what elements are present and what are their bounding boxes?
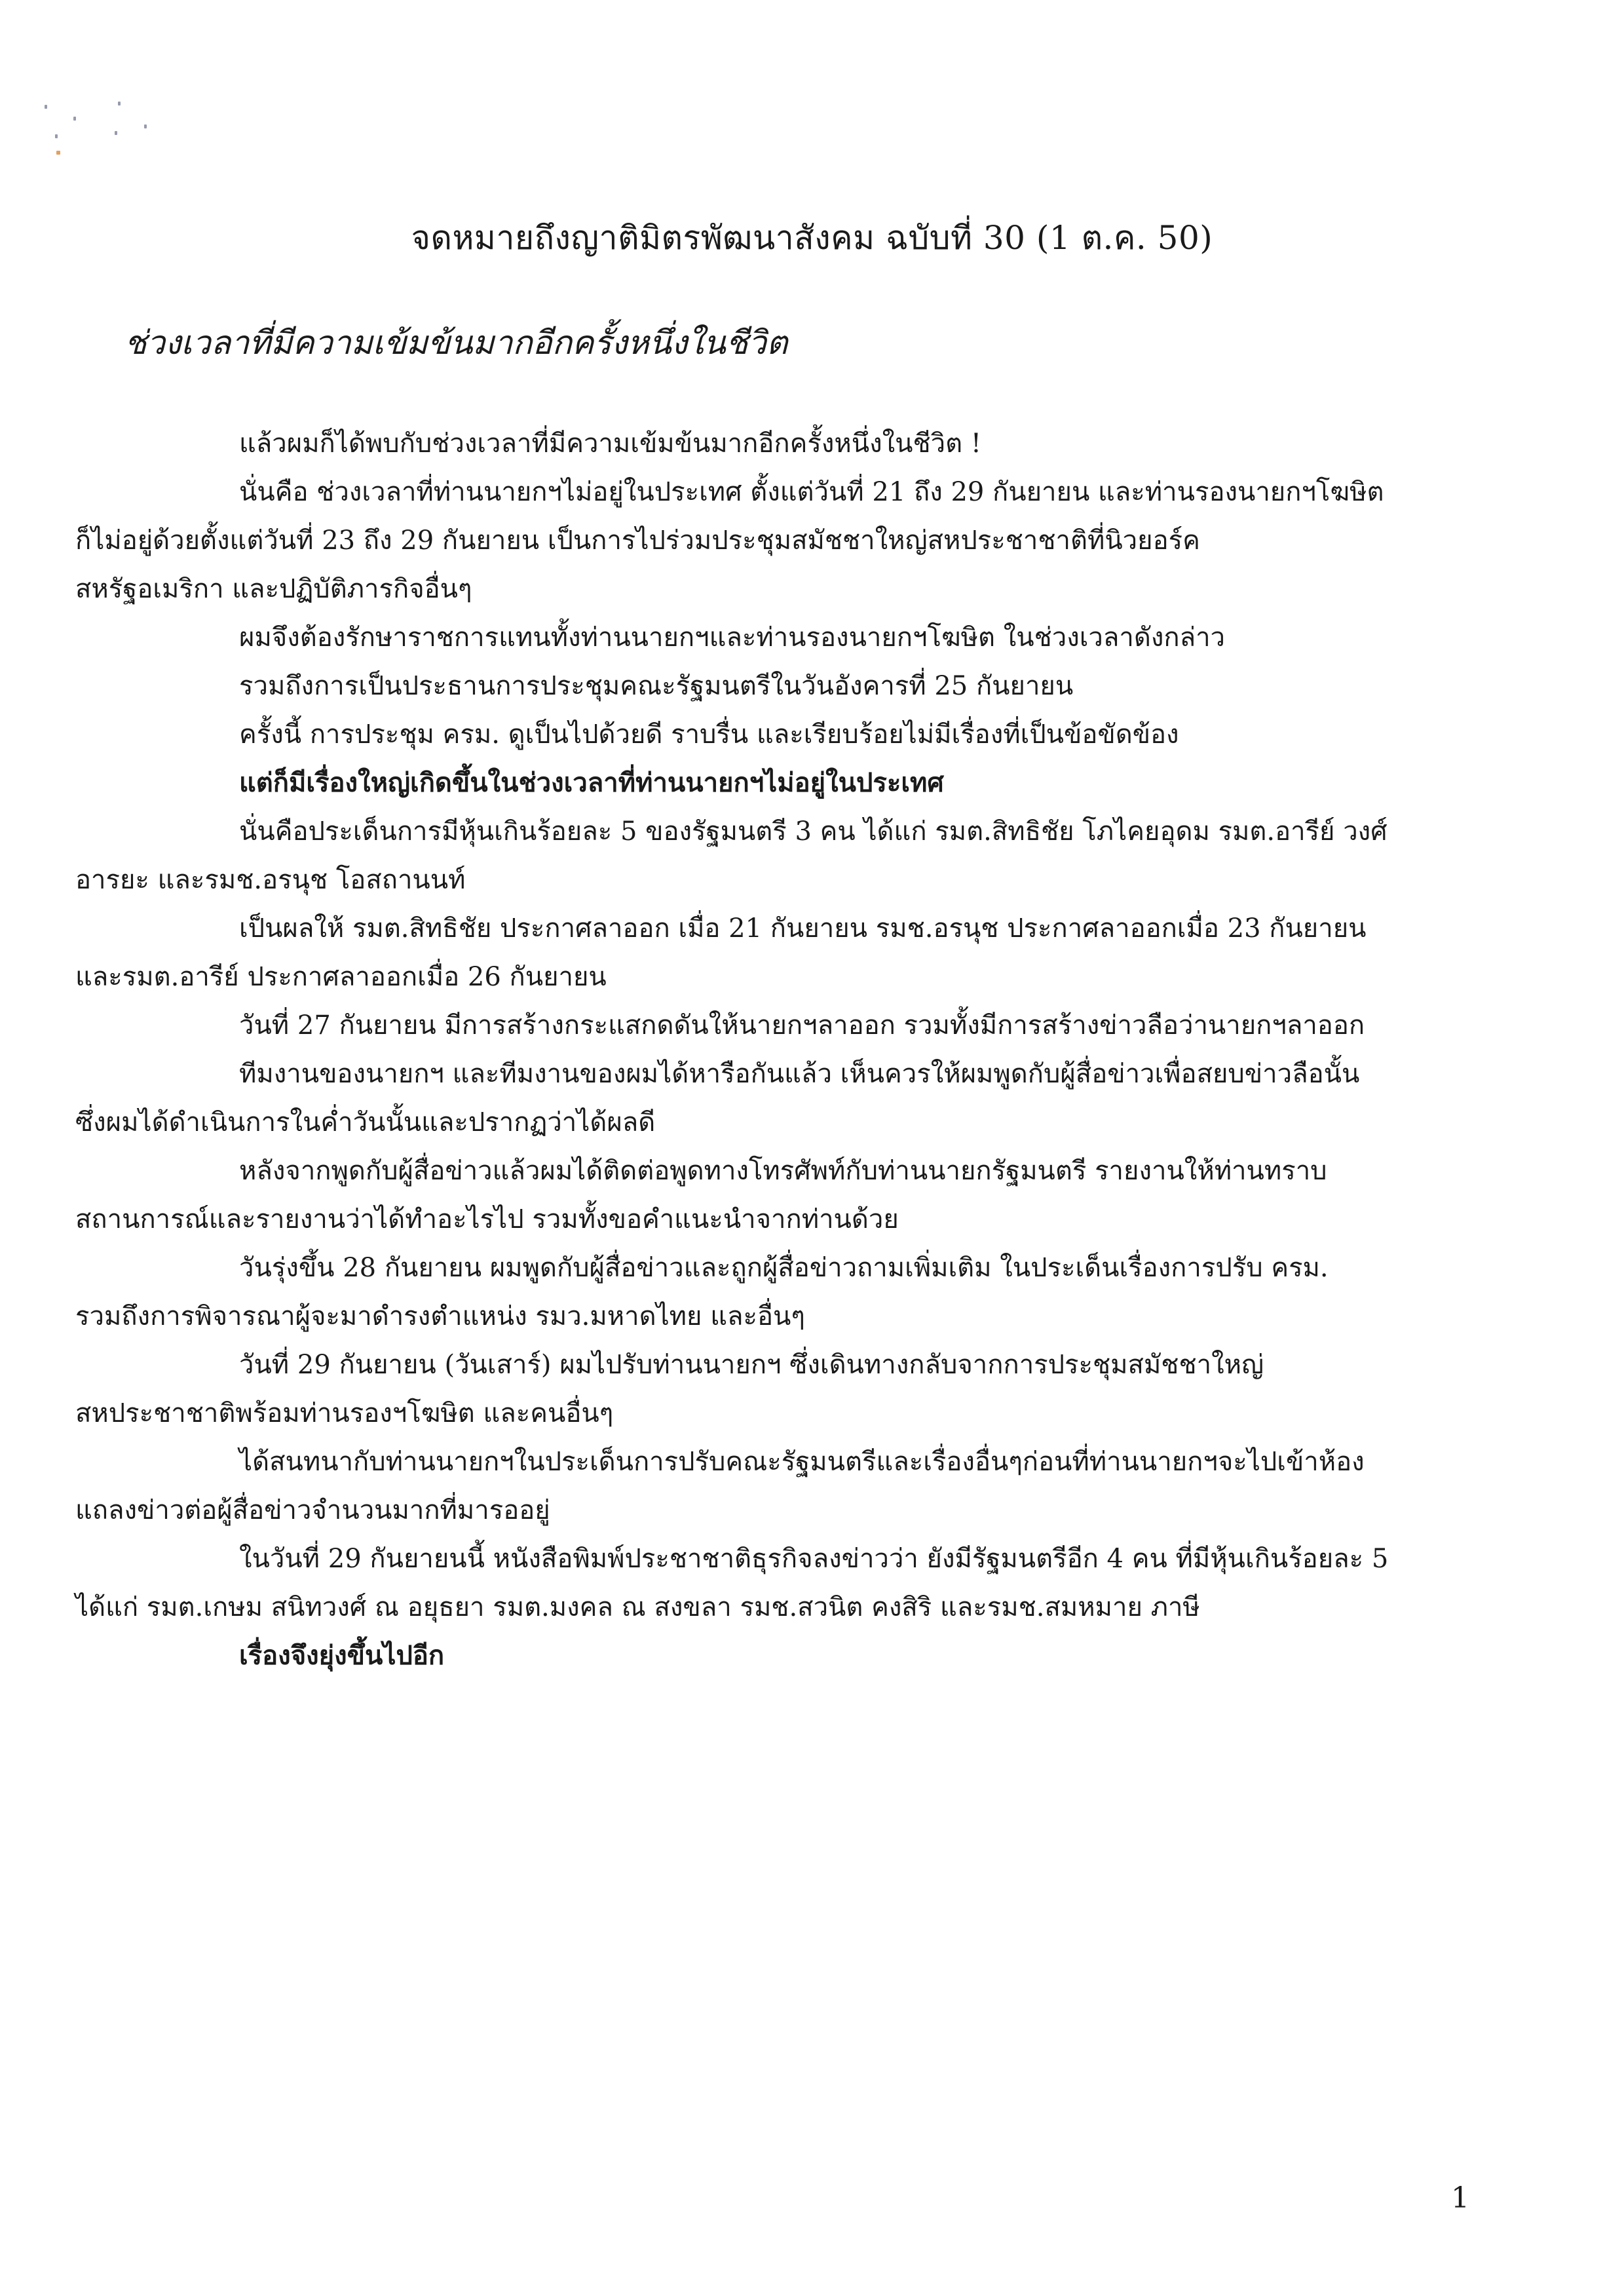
section-heading: ช่วงเวลาที่มีความเข้มข้นมากอีกครั้งหนึ่ง… bbox=[124, 313, 787, 372]
paragraph-line-bold: แต่ก็มีเรื่องใหญ่เกิดขึ้นในช่วงเวลาที่ท่… bbox=[157, 759, 1474, 807]
paragraph-line: แถลงข่าวต่อผู้สื่อข่าวจำนวนมากที่มารออยู… bbox=[75, 1486, 1474, 1535]
paragraph-line: นั่นคือ ช่วงเวลาที่ท่านนายกฯไม่อยู่ในประ… bbox=[157, 468, 1474, 516]
speck bbox=[118, 102, 121, 105]
speck bbox=[45, 105, 47, 109]
paragraph-line: ครั้งนี้ การประชุม ครม. ดูเป็นไปด้วยดี ร… bbox=[157, 710, 1474, 759]
speck bbox=[55, 134, 58, 138]
paragraph-line: นั่นคือประเด็นการมีหุ้นเกินร้อยละ 5 ของร… bbox=[157, 807, 1474, 856]
speck bbox=[144, 124, 147, 128]
speck bbox=[115, 131, 117, 135]
body-text: แล้วผมก็ได้พบกับช่วงเวลาที่มีความเข้มข้น… bbox=[157, 419, 1474, 1680]
paragraph-line: ก็ไม่อยู่ด้วยตั้งแต่วันที่ 23 ถึง 29 กัน… bbox=[75, 516, 1474, 565]
document-title: จดหมายถึงญาติมิตรพัฒนาสังคม ฉบับที่ 30 (… bbox=[0, 208, 1624, 267]
paragraph-line: ทีมงานของนายกฯ และทีมงานของผมได้หารือกัน… bbox=[157, 1050, 1474, 1098]
scan-speckles-decoration bbox=[39, 98, 170, 177]
paragraph-line: ซึ่งผมได้ดำเนินการในค่ำวันนั้นและปรากฏว่… bbox=[75, 1098, 1474, 1147]
scanned-page: จดหมายถึงญาติมิตรพัฒนาสังคม ฉบับที่ 30 (… bbox=[0, 0, 1624, 2296]
speck bbox=[56, 151, 60, 155]
paragraph-line: วันที่ 29 กันยายน (วันเสาร์) ผมไปรับท่าน… bbox=[157, 1341, 1474, 1389]
paragraph-line: สหประชาชาติพร้อมท่านรองฯโฆษิต และคนอื่นๆ bbox=[75, 1389, 1474, 1438]
paragraph-line: รวมถึงการเป็นประธานการประชุมคณะรัฐมนตรีใ… bbox=[157, 662, 1474, 710]
paragraph-line: รวมถึงการพิจารณาผู้จะมาดำรงตำแหน่ง รมว.ม… bbox=[75, 1292, 1474, 1341]
paragraph-line: อารยะ และรมช.อรนุช โอสถานนท์ bbox=[75, 856, 1474, 904]
speck bbox=[73, 117, 76, 121]
paragraph-line: และรมต.อารีย์ ประกาศลาออกเมื่อ 26 กันยาย… bbox=[75, 953, 1474, 1001]
paragraph-line: วันรุ่งขึ้น 28 กันยายน ผมพูดกับผู้สื่อข่… bbox=[157, 1244, 1474, 1292]
paragraph-line: หลังจากพูดกับผู้สื่อข่าวแล้วผมได้ติดต่อพ… bbox=[157, 1147, 1474, 1195]
paragraph-line: แล้วผมก็ได้พบกับช่วงเวลาที่มีความเข้มข้น… bbox=[157, 419, 1474, 468]
paragraph-line: ในวันที่ 29 กันยายนนี้ หนังสือพิมพ์ประชา… bbox=[157, 1535, 1474, 1583]
paragraph-line: วันที่ 27 กันยายน มีการสร้างกระแสกดดันให… bbox=[157, 1001, 1474, 1050]
paragraph-line: ได้แก่ รมต.เกษม สนิทวงศ์ ณ อยุธยา รมต.มง… bbox=[75, 1583, 1474, 1632]
page-number: 1 bbox=[1451, 2179, 1469, 2218]
paragraph-line: สถานการณ์และรายงานว่าได้ทำอะไรไป รวมทั้ง… bbox=[75, 1195, 1474, 1244]
paragraph-line: ได้สนทนากับท่านนายกฯในประเด็นการปรับคณะร… bbox=[157, 1438, 1474, 1486]
paragraph-line: เป็นผลให้ รมต.สิทธิชัย ประกาศลาออก เมื่อ… bbox=[157, 904, 1474, 953]
paragraph-line: ผมจึงต้องรักษาราชการแทนทั้งท่านนายกฯและท… bbox=[157, 613, 1474, 662]
paragraph-line: สหรัฐอเมริกา และปฏิบัติภารกิจอื่นๆ bbox=[75, 565, 1474, 613]
paragraph-line-bold: เรื่องจึงยุ่งขึ้นไปอีก bbox=[157, 1632, 1474, 1680]
